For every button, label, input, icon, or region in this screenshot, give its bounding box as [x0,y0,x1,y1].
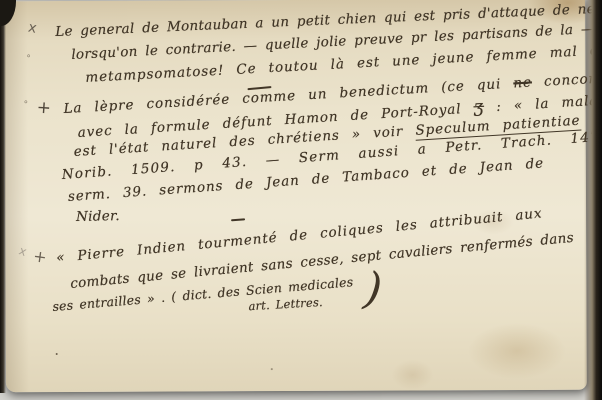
paragraph-divider-dash-2 [231,218,245,221]
margin-cross-mark-1: x [27,20,38,35]
scan-left-edge-shadow [0,0,6,393]
struck-word: ne [513,74,532,91]
handwritten-line-p3-4: art. Lettres. [248,296,323,313]
margin-dot-mark-1: ° [26,55,31,64]
book-gutter-edge [584,0,602,400]
ink-speck [56,353,58,355]
margin-cross-mark-3: + [32,248,47,266]
scanned-manuscript: x ° Le general de Montauban a un petit c… [0,0,602,400]
big-closing-paren: ) [362,267,384,313]
ink-speck [271,368,273,370]
manuscript-page: x ° Le general de Montauban a un petit c… [4,0,587,392]
handwritten-line-p2-6: Nider. [76,209,120,225]
margin-cross-mark-2: + [36,100,51,118]
margin-cross-mark-3-faint: x [17,244,28,258]
margin-dot-mark-2: ° [24,101,29,110]
